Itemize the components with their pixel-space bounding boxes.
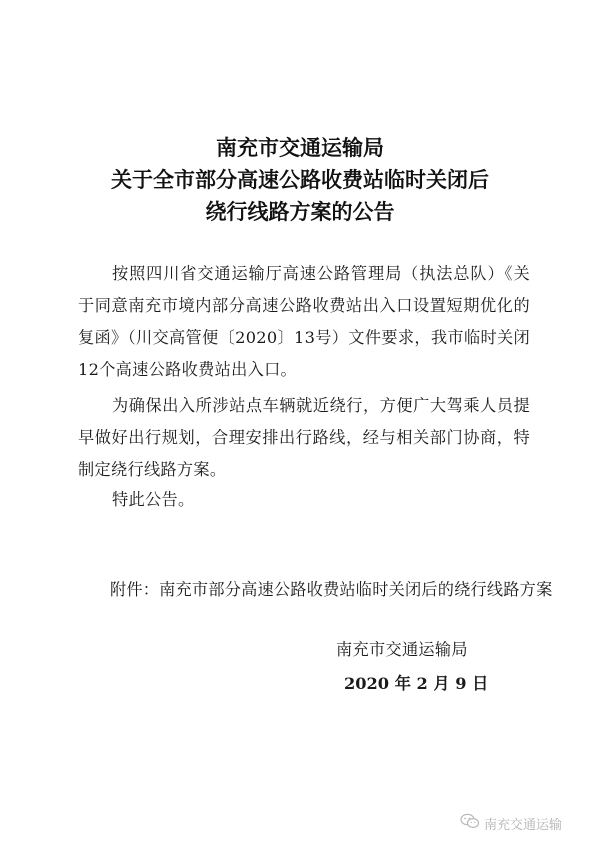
paragraph-basis: 按照四川省交通运输厅高速公路管理局（执法总队）《关于同意南充市境内部分高速公路收…	[78, 258, 530, 386]
title-line-3: 绕行线路方案的公告	[0, 196, 600, 228]
paragraph-purpose: 为确保出入所涉站点车辆就近绕行，方便广大驾乘人员提早做好出行规划，合理安排出行路…	[78, 390, 530, 486]
title-line-2: 关于全市部分高速公路收费站临时关闭后	[0, 164, 600, 196]
attachment-note: 附件：南充市部分高速公路收费站临时关闭后的绕行线路方案	[110, 576, 552, 600]
issuer-signature: 南充市交通运输局	[336, 636, 468, 660]
document-title: 南充市交通运输局 关于全市部分高速公路收费站临时关闭后 绕行线路方案的公告	[0, 132, 600, 228]
wechat-icon	[460, 813, 480, 833]
paragraph-closing: 特此公告。	[78, 484, 530, 516]
watermark-text: 南充交通运输	[484, 814, 562, 833]
issue-date: 2020 年 2 月 9 日	[344, 670, 488, 694]
watermark: 南充交通运输	[460, 813, 562, 833]
title-line-1: 南充市交通运输局	[0, 132, 600, 164]
